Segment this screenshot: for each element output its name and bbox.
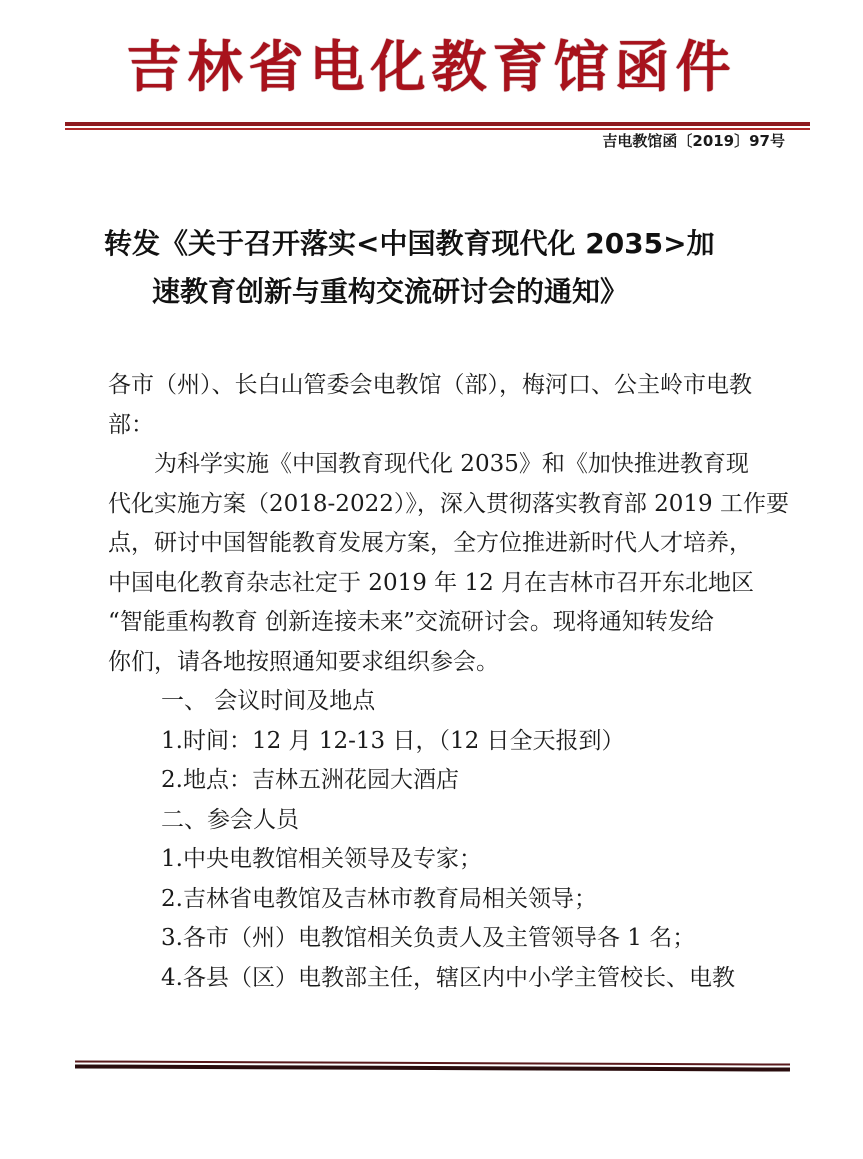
document-body: 各市（州）、长白山管委会电教馆（部），梅河口、公主岭市电教 部： 为科学实施《中… [108, 366, 798, 998]
section-heading-time-location: 一、 会议时间及地点 [108, 682, 798, 722]
list-item: 1.中央电教馆相关领导及专家； [108, 840, 798, 880]
title-line-1: 转发《关于召开落实<中国教育现代化 2035>加 [104, 227, 715, 260]
letterhead-title: 吉林省电化教育馆函件 [0, 34, 863, 100]
paragraph-line: “智能重构教育 创新连接未来”交流研讨会。现将通知转发给 [108, 603, 798, 643]
paragraph-line: 你们，请各地按照通知要求组织参会。 [108, 643, 798, 683]
footer-thick-line [75, 1064, 790, 1071]
paragraph-line: 中国电化教育杂志社定于 2019 年 12 月在吉林市召开东北地区 [108, 564, 798, 604]
document-title: 转发《关于召开落实<中国教育现代化 2035>加 速教育创新与重构交流研讨会的通… [104, 220, 804, 316]
title-line-2: 速教育创新与重构交流研讨会的通知》 [104, 268, 804, 316]
divider-thick-line [65, 122, 810, 126]
salutation-line-2: 部： [108, 406, 798, 446]
section-heading-attendees: 二、参会人员 [108, 801, 798, 841]
salutation-line-1: 各市（州）、长白山管委会电教馆（部），梅河口、公主岭市电教 [108, 366, 798, 406]
list-item: 2.地点：吉林五洲花园大酒店 [108, 761, 798, 801]
paragraph-line: 点，研讨中国智能教育发展方案，全方位推进新时代人才培养， [108, 524, 798, 564]
list-item: 1.时间：12 月 12-13 日，（12 日全天报到） [108, 722, 798, 762]
document-page: 吉林省电化教育馆函件 吉电教馆函〔2019〕97号 转发《关于召开落实<中国教育… [0, 0, 863, 1159]
paragraph-line: 为科学实施《中国教育现代化 2035》和《加快推进教育现 [108, 445, 798, 485]
document-number: 吉电教馆函〔2019〕97号 [602, 130, 785, 151]
list-item: 3.各市（州）电教馆相关负责人及主管领导各 1 名； [108, 919, 798, 959]
list-item: 2.吉林省电教馆及吉林市教育局相关领导； [108, 880, 798, 920]
list-item: 4.各县（区）电教部主任，辖区内中小学主管校长、电教 [108, 959, 798, 999]
paragraph-line: 代化实施方案（2018-2022）》，深入贯彻落实教育部 2019 工作要 [108, 485, 798, 525]
footer-divider [75, 1060, 790, 1073]
